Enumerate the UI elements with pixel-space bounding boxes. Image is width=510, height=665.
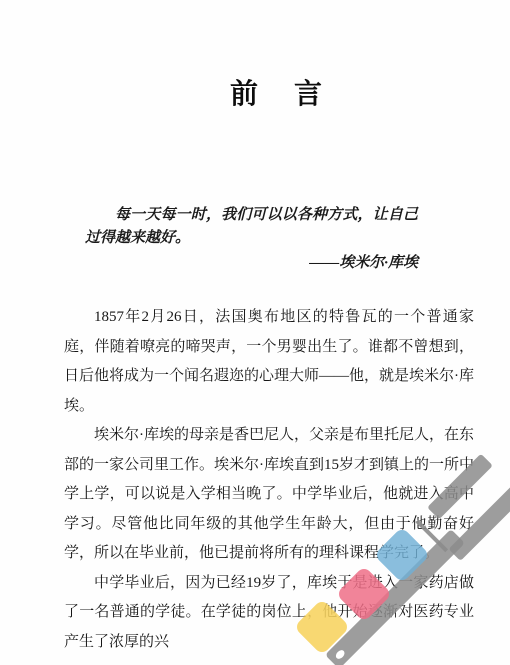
paragraph: 埃米尔·库埃的母亲是香巴尼人，父亲是布里托尼人，在东部的一家公司里工作。埃米尔·… <box>64 421 474 569</box>
paragraph: 中学毕业后，因为已经19岁了，库埃于是进入一家药店做了一名普通的学徒。在学徒的岗… <box>64 569 474 658</box>
quote-attribution: ——埃米尔·库埃 <box>85 252 418 275</box>
quote-text: 每一天每一时，我们可以以各种方式，让自己过得越来越好。 <box>85 204 418 250</box>
book-page: 前 言 每一天每一时，我们可以以各种方式，让自己过得越来越好。 ——埃米尔·库埃… <box>0 0 510 665</box>
paragraph: 1857年2月26日，法国奥布地区的特鲁瓦的一个普通家庭，伴随着嘹亮的啼哭声，一… <box>64 303 474 421</box>
epigraph-quote: 每一天每一时，我们可以以各种方式，让自己过得越来越好。 ——埃米尔·库埃 <box>85 204 418 275</box>
body-text: 1857年2月26日，法国奥布地区的特鲁瓦的一个普通家庭，伴随着嘹亮的啼哭声，一… <box>64 303 474 657</box>
page-title: 前 言 <box>0 72 510 112</box>
